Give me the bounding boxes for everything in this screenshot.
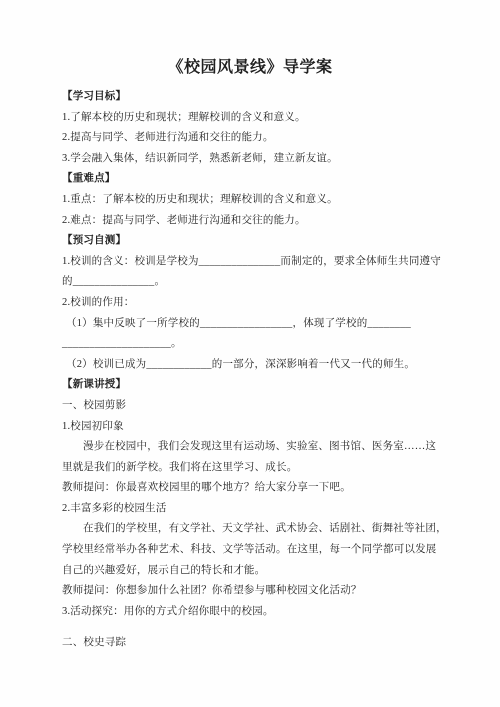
text-line: 1.校训的含义：校训是学校为_______________而制定的，要求全体师生… xyxy=(62,252,446,273)
paragraph-first-line: 漫步在校园中，我们会发现这里有运动场、实验室、图书馆、医务室……这 xyxy=(62,437,446,458)
document-title: 《校园风景线》导学案 xyxy=(0,0,500,80)
text-line: 2.难点：提高与同学、老师进行沟通和交往的能力。 xyxy=(62,211,446,232)
text-line: 的_______________。 xyxy=(62,272,446,293)
text-line: 1.重点：了解本校的历史和现状；理解校训的含义和意义。 xyxy=(62,190,446,211)
text-line: （1）集中反映了一所学校的_________________，体现了学校的___… xyxy=(62,314,446,335)
text-line: 1.了解本校的历史和现状；理解校训的含义和意义。 xyxy=(62,108,446,129)
text-line: 里就是我们的新学校。我们将在这里学习、成长。 xyxy=(62,458,446,479)
text-line: 自己的兴趣爱好，展示自己的特长和才能。 xyxy=(62,561,446,582)
text-line: 教师提问：你最喜欢校园里的哪个地方？给大家分享一下吧。 xyxy=(62,478,446,499)
text-line: 2.校训的作用： xyxy=(62,293,446,314)
paragraph-first-line: 在我们的学校里，有文学社、天文学社、武术协会、话剧社、街舞社等社团， xyxy=(62,519,446,540)
text-line: 3.学会融入集体，结识新同学，熟悉新老师，建立新友谊。 xyxy=(62,149,446,170)
section-heading: 【新课讲授】 xyxy=(62,375,446,396)
text-line: 2.丰富多彩的校园生活 xyxy=(62,499,446,520)
section-heading: 【学习目标】 xyxy=(62,87,446,108)
document-body: 【学习目标】1.了解本校的历史和现状；理解校训的含义和意义。2.提高与同学、老师… xyxy=(62,87,446,654)
text-line: 3.活动探究：用你的方式介绍你眼中的校园。 xyxy=(62,602,446,623)
section-heading: 【预习自测】 xyxy=(62,231,446,252)
text-line: 教师提问：你想参加什么社团？你希望参与哪种校园文化活动？ xyxy=(62,581,446,602)
text-line: （2）校训已成为____________的一部分，深深影响着一代又一代的师生。 xyxy=(62,355,446,376)
blank-line xyxy=(62,622,446,633)
text-line: 2.提高与同学、老师进行沟通和交往的能力。 xyxy=(62,128,446,149)
text-line: 1.校园初印象 xyxy=(62,417,446,438)
text-line: 二、校史寻踪 xyxy=(62,633,446,654)
document-page: 《校园风景线》导学案 【学习目标】1.了解本校的历史和现状；理解校训的含义和意义… xyxy=(0,0,500,707)
section-heading: 【重难点】 xyxy=(62,169,446,190)
text-line: ____________________。 xyxy=(62,334,446,355)
text-line: 一、校园剪影 xyxy=(62,396,446,417)
text-line: 学校里经常举办各种艺术、科技、文学等活动。在这里，每一个同学都可以发展 xyxy=(62,540,446,561)
